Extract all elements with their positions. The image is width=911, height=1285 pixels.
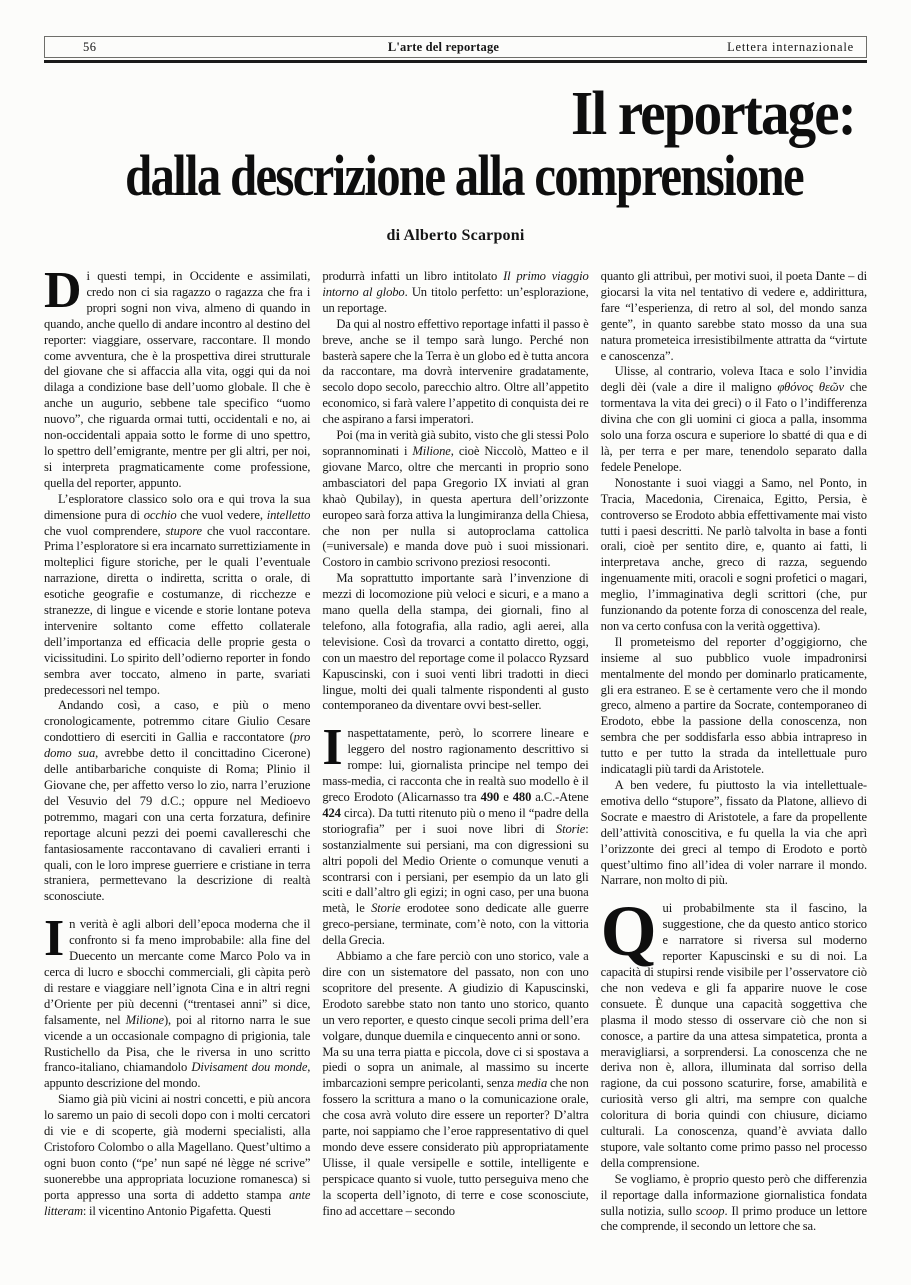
article-title-line1: Il reportage:: [571, 83, 855, 145]
page-number: 56: [83, 40, 223, 55]
column-1: Di questi tempi, in Occidente e assimila…: [44, 269, 310, 1235]
section-title: L'arte del reportage: [223, 40, 664, 55]
drop-cap: D: [44, 269, 86, 311]
byline: di Alberto Scarponi: [44, 227, 867, 245]
paragraph: In verità è agli albori dell’epoca moder…: [44, 917, 310, 1092]
paragraph: produrrà infatti un libro intitolato Il …: [322, 269, 588, 317]
paragraph: L’esploratore classico solo ora e qui tr…: [44, 492, 310, 699]
paragraph: Da qui al nostro effettivo reportage inf…: [322, 317, 588, 428]
page-header: 56 L'arte del reportage Lettera internaz…: [44, 36, 867, 58]
paragraph: Inaspettatamente, però, lo scorrere line…: [322, 726, 588, 949]
column-2: produrrà infatti un libro intitolato Il …: [322, 269, 588, 1235]
paragraph: Qui probabilmente sta il fascino, la sug…: [601, 901, 867, 1171]
paragraph: quanto gli attribuì, per motivi suoi, il…: [601, 269, 867, 364]
journal-name: Lettera internazionale: [664, 40, 854, 55]
paragraph: Poi (ma in verità già subito, visto che …: [322, 428, 588, 571]
paragraph: Abbiamo a che fare perciò con uno storic…: [322, 949, 588, 1044]
column-3: quanto gli attribuì, per motivi suoi, il…: [601, 269, 867, 1235]
paragraph: Il prometeismo del reporter d’oggigiorno…: [601, 635, 867, 778]
paragraph: Ma su una terra piatta e piccola, dove c…: [322, 1045, 588, 1220]
article-title-line2: dalla descrizione alla comprensione: [125, 147, 803, 205]
paragraph: Andando così, a caso, e più o meno crono…: [44, 698, 310, 905]
drop-cap: I: [322, 726, 347, 768]
paragraph: Di questi tempi, in Occidente e assimila…: [44, 269, 310, 492]
paragraph: Ma soprattutto importante sarà l’invenzi…: [322, 571, 588, 714]
paragraph: A ben vedere, fu piuttosto la via intell…: [601, 778, 867, 889]
paragraph: Ulisse, al contrario, voleva Itaca e sol…: [601, 364, 867, 475]
paragraph: Siamo già più vicini ai nostri concetti,…: [44, 1092, 310, 1219]
paragraph: Se vogliamo, è proprio questo però che d…: [601, 1172, 867, 1236]
article-body: Di questi tempi, in Occidente e assimila…: [44, 269, 867, 1235]
article-title: Il reportage: dalla descrizione alla com…: [44, 83, 867, 205]
drop-cap: I: [44, 917, 69, 959]
drop-cap: Q: [601, 901, 663, 958]
magazine-page: 56 L'arte del reportage Lettera internaz…: [0, 0, 911, 1285]
paragraph: Nonostante i suoi viaggi a Samo, nel Pon…: [601, 476, 867, 635]
header-rule: [44, 60, 867, 63]
